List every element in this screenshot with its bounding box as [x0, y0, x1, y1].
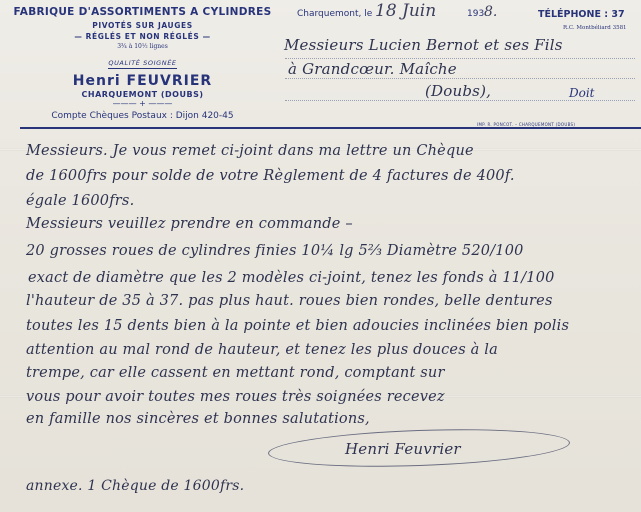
letterhead-business: FABRIQUE D'ASSORTIMENTS A CYLINDRES — [10, 6, 275, 18]
address-line — [285, 78, 635, 79]
addressee-line2: à Grandcœur. Maîche — [288, 60, 457, 78]
body-line: égale 1600frs. — [26, 193, 134, 209]
letterhead-line3: — RÉGLÉS ET NON RÉGLÉS — — [10, 32, 275, 41]
letterhead-name: Henri FEUVRIER — [10, 73, 275, 89]
letterhead-quality: QUALITÉ SOIGNÉE — [108, 59, 176, 69]
postal-account: Compte Chèques Postaux : Dijon 420-45 — [10, 111, 275, 121]
body-line: exact de diamètre que les 2 modèles ci-j… — [28, 270, 555, 286]
date-handwritten: 18 Juin — [375, 1, 436, 21]
body-line: 20 grosses roues de cylindres finies 10¼… — [26, 243, 524, 259]
body-line: Messieurs veuillez prendre en commande – — [26, 216, 353, 232]
body-line: attention au mal rond de hauteur, et ten… — [26, 342, 498, 358]
letterhead-line4: 3¾ à 10½ lignes — [10, 43, 275, 50]
doit-label: Doit — [569, 86, 595, 100]
letterhead-line2: PIVOTÉS SUR JAUGES — [10, 21, 275, 30]
body-line: en famille nos sincères et bonnes saluta… — [26, 411, 370, 427]
address-line — [285, 58, 635, 59]
telephone: TÉLÉPHONE : 37 — [538, 9, 625, 20]
header-rule — [20, 127, 641, 129]
place-label: Charquemont, le — [297, 9, 372, 19]
body-line: Messieurs. Je vous remet ci-joint dans m… — [26, 143, 474, 159]
body-line: trempe, car elle cassent en mettant rond… — [26, 365, 445, 381]
body-line: l'hauteur de 35 à 37. pas plus haut. rou… — [26, 293, 553, 309]
year-prefix: 193 — [467, 9, 484, 19]
letterhead: FABRIQUE D'ASSORTIMENTS A CYLINDRES PIVO… — [10, 6, 275, 121]
body-line: vous pour avoir toutes mes roues très so… — [26, 389, 445, 405]
letter-page: FABRIQUE D'ASSORTIMENTS A CYLINDRES PIVO… — [0, 0, 641, 512]
enclosure-note: annexe. 1 Chèque de 1600frs. — [26, 478, 244, 494]
rc-number: R.C. Montbéliard 3581 — [563, 25, 627, 31]
year-suffix: 8. — [484, 4, 497, 20]
address-line — [285, 100, 635, 101]
addressee-line1: Messieurs Lucien Bernot et ses Fils — [284, 36, 563, 54]
ornament: ——— + ——— — [10, 99, 275, 109]
addressee-line3: (Doubs), — [425, 82, 491, 100]
body-line: toutes les 15 dents bien à la pointe et … — [26, 318, 569, 334]
body-line: de 1600frs pour solde de votre Règlement… — [26, 168, 515, 184]
letterhead-town: CHARQUEMONT (DOUBS) — [10, 90, 275, 99]
signature: Henri Feuvrier — [345, 440, 461, 458]
